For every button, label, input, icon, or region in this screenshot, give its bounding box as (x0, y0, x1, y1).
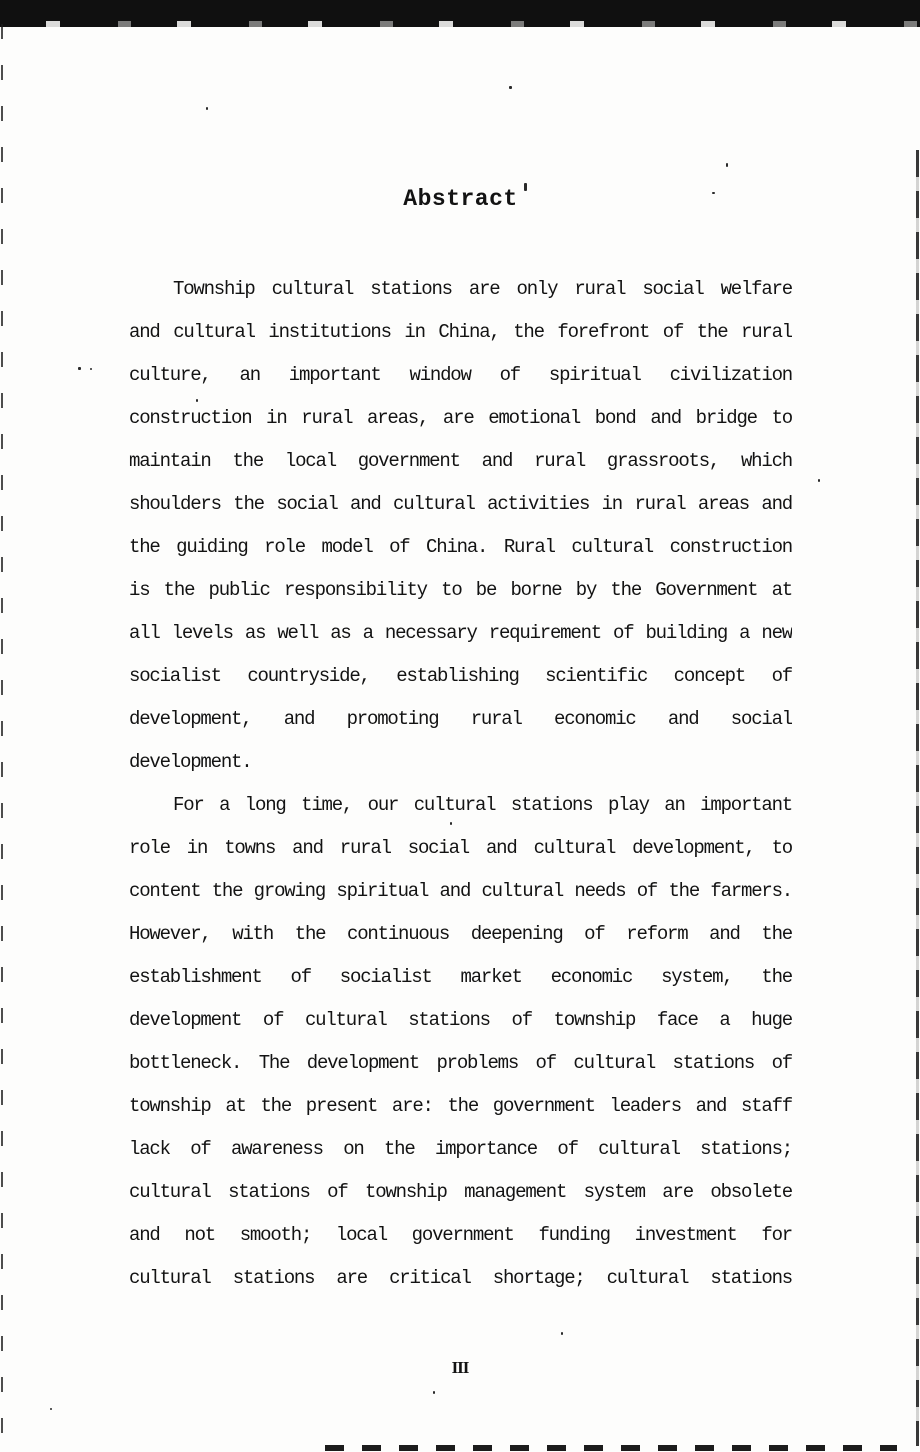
paragraph-2-line: bottleneck. The development problems of … (129, 1042, 792, 1085)
paragraph-1-line: culture, an important window of spiritua… (129, 354, 792, 397)
abstract-body: Township cultural stations are only rura… (129, 268, 792, 1300)
scan-left-edge-line (1, 24, 3, 1452)
scan-speck (78, 367, 81, 370)
paragraph-2-line: For a long time, our cultural stations p… (129, 784, 792, 827)
paragraph-2-line: role in towns and rural social and cultu… (129, 827, 792, 870)
paragraph-2-line: cultural stations of township management… (129, 1171, 792, 1214)
paragraph-2-line: cultural stations are critical shortage;… (129, 1257, 792, 1300)
paragraph-1-line: and cultural institutions in China, the … (129, 311, 792, 354)
paragraph-1-line: development. (129, 741, 792, 784)
paragraph-2-line: content the growing spiritual and cultur… (129, 870, 792, 913)
scan-speck (726, 163, 728, 167)
paragraph-1-line: is the public responsibility to be borne… (129, 569, 792, 612)
page-title: Abstract (129, 186, 792, 212)
scan-top-band (0, 0, 920, 21)
scanned-thesis-page: Abstract Township cultural stations are … (0, 0, 920, 1452)
paragraph-1-line: maintain the local government and rural … (129, 440, 792, 483)
paragraph-1-line: shoulders the social and cultural activi… (129, 483, 792, 526)
paragraph-2-line: lack of awareness on the importance of c… (129, 1128, 792, 1171)
scan-speck (818, 479, 820, 482)
paragraph-2-line: township at the present are: the governm… (129, 1085, 792, 1128)
paragraph-2-line: However, with the continuous deepening o… (129, 913, 792, 956)
paragraph-1-line: Township cultural stations are only rura… (129, 268, 792, 311)
scan-speck (206, 107, 208, 110)
scan-top-band-fray (0, 21, 920, 27)
paragraph-1-line: the guiding role model of China. Rural c… (129, 526, 792, 569)
scan-speck (50, 1408, 52, 1410)
paragraph-1-line: construction in rural areas, are emotion… (129, 397, 792, 440)
paragraph-1-line: all levels as well as a necessary requir… (129, 612, 792, 655)
paragraph-1-line: socialist countryside, establishing scie… (129, 655, 792, 698)
scan-right-edge-line (916, 150, 919, 1446)
scan-bottom-dashes (325, 1445, 897, 1451)
paragraph-1-line: development, and promoting rural economi… (129, 698, 792, 741)
scan-speck (561, 1332, 563, 1335)
paragraph-2-line: establishment of socialist market econom… (129, 956, 792, 999)
scan-speck (90, 368, 92, 370)
paragraph-2-line: and not smooth; local government funding… (129, 1214, 792, 1257)
page-number: III (0, 1358, 920, 1378)
scan-speck (433, 1391, 435, 1394)
scan-speck (509, 86, 512, 89)
paragraph-2-line: development of cultural stations of town… (129, 999, 792, 1042)
